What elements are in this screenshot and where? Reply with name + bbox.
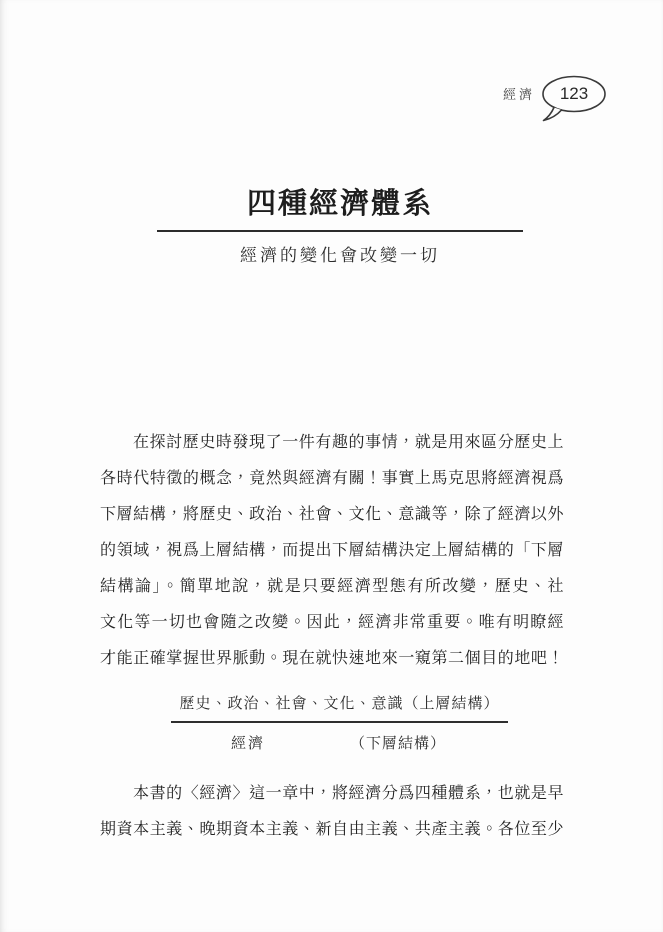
book-page: 經濟 123 四種經濟體系 經濟的變化會改變一切 在探討歷史時發現了一件有趣的事… <box>0 0 663 932</box>
chapter-title: 四種經濟體系 <box>0 181 663 222</box>
paragraph-line: 本書的〈經濟〉這一章中，將經濟分爲四種體系，也就是早 <box>100 776 564 812</box>
paragraph-line: 期資本主義、晚期資本主義、新自由主義、共產主義。各位至少 <box>100 812 564 848</box>
structure-diagram: 歷史、政治、社會、文化、意識（上層結構） 經濟 （下層結構） <box>171 692 508 756</box>
chapter-subtitle: 經濟的變化會改變一切 <box>137 241 543 266</box>
paragraph-line: 文化等一切也會隨之改變。因此，經濟非常重要。唯有明瞭經濟， <box>100 605 564 641</box>
paragraph-line: 的領域，視爲上層結構，而提出下層結構決定上層結構的「下層 <box>100 533 564 569</box>
section-label: 經濟 <box>503 84 535 103</box>
diagram-superstructure-row: 歷史、政治、社會、文化、意識（上層結構） <box>171 692 508 723</box>
paragraph-line: 才能正確掌握世界脈動。現在就快速地來一窺第二個目的地吧！ <box>100 641 564 677</box>
page-number: 123 <box>539 84 609 104</box>
diagram-base-label: 經濟 <box>231 730 265 756</box>
title-divider <box>157 230 523 232</box>
diagram-base-annotation: （下層結構） <box>350 730 446 756</box>
diagram-base-row: 經濟 （下層結構） <box>171 730 508 756</box>
paragraph-line: 在探討歷史時發現了一件有趣的事情，就是用來區分歷史上 <box>100 425 564 461</box>
paragraph-line: 結構論」。簡單地說，就是只要經濟型態有所改變，歷史、社會、 <box>100 569 564 605</box>
paragraph-line: 下層結構，將歷史、政治、社會、文化、意識等，除了經濟以外 <box>100 497 564 533</box>
paragraph-chapter-overview: 本書的〈經濟〉這一章中，將經濟分爲四種體系，也就是早 期資本主義、晚期資本主義、… <box>100 776 564 848</box>
paragraph-intro: 在探討歷史時發現了一件有趣的事情，就是用來區分歷史上 各時代特徵的概念，竟然與經… <box>100 425 564 677</box>
paragraph-line: 各時代特徵的概念，竟然與經濟有關！事實上馬克思將經濟視爲 <box>100 461 564 497</box>
page-number-bubble: 123 <box>537 72 615 124</box>
